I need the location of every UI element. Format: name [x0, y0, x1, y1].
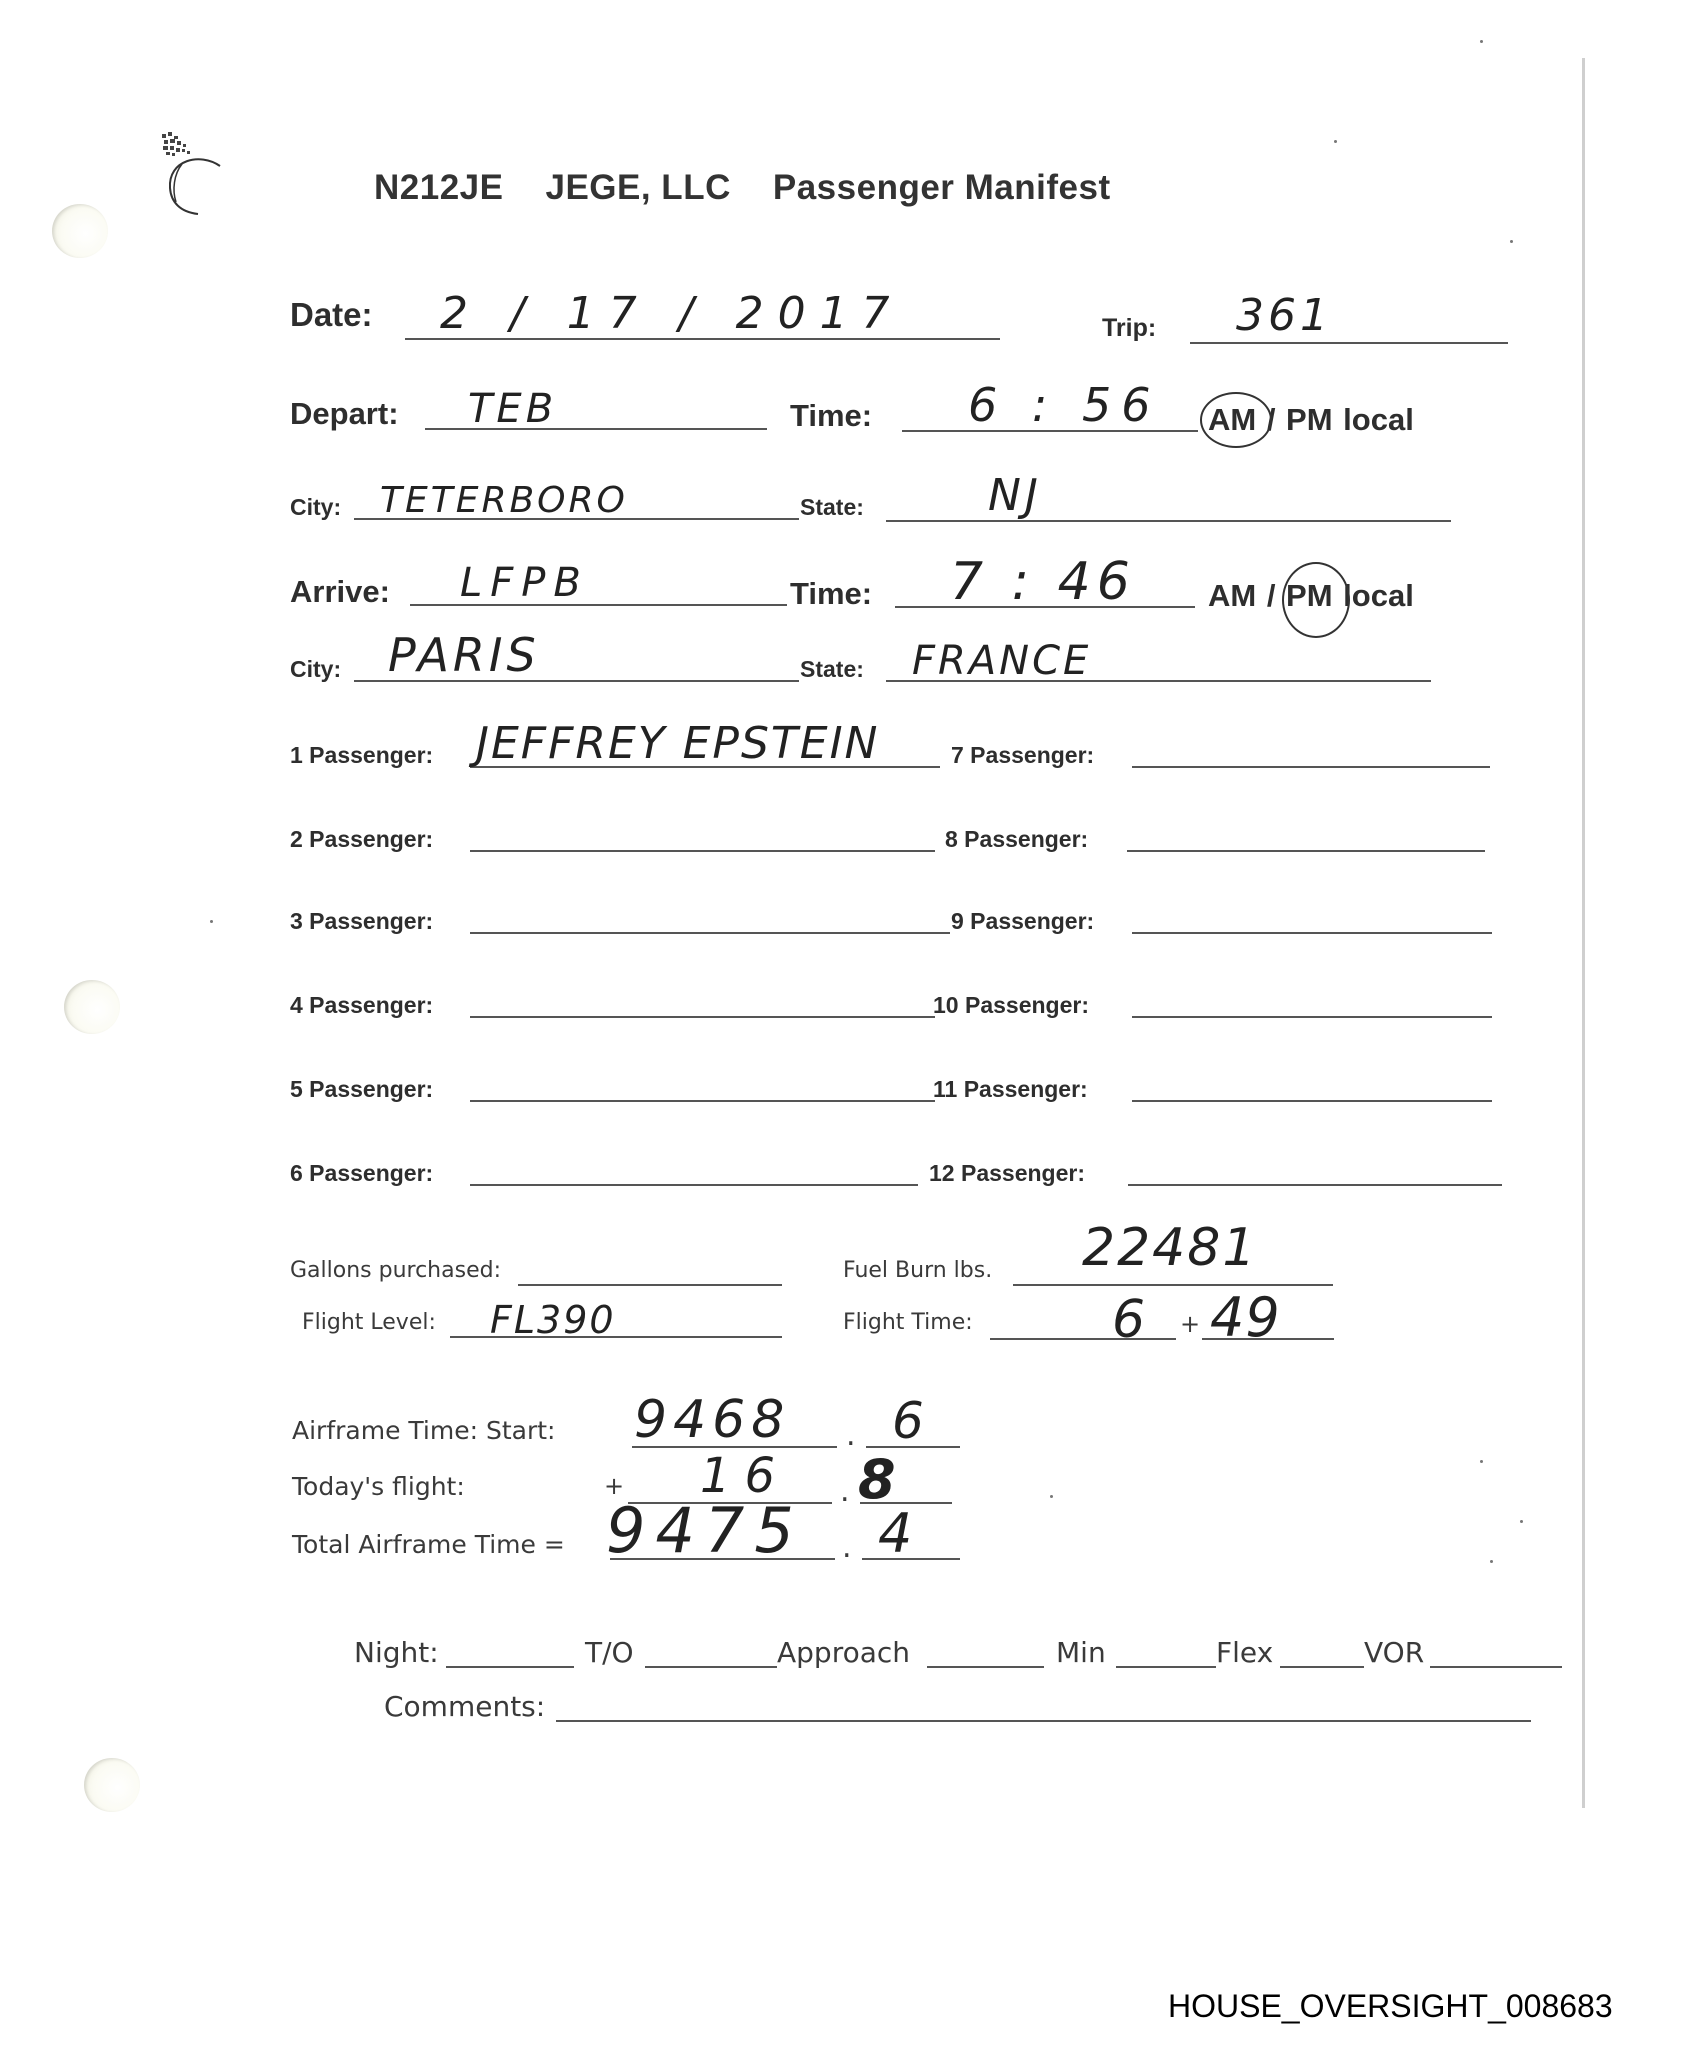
scan-speck	[1480, 40, 1483, 43]
passenger-1-field[interactable]: JEFFREY EPSTEIN	[476, 718, 879, 769]
passenger-7-field-line[interactable]	[1132, 766, 1490, 768]
passenger-1-label: 1 Passenger:	[290, 742, 433, 769]
company-logo-icon	[160, 130, 230, 225]
manifest-title: Passenger Manifest	[773, 168, 1111, 207]
scan-speck	[1050, 1495, 1053, 1498]
passenger-11-field-line[interactable]	[1132, 1100, 1492, 1102]
trip-label: Trip:	[1102, 314, 1156, 343]
date-field[interactable]: 2 / 17 / 2017	[440, 288, 904, 339]
night-field-line[interactable]	[446, 1666, 574, 1668]
punch-hole-bottom	[84, 1758, 140, 1812]
gallons-purchased-label: Gallons purchased:	[290, 1258, 501, 1283]
punch-hole-middle	[64, 980, 120, 1034]
trip-field[interactable]: 361	[1236, 290, 1332, 341]
flight-time-minutes-field[interactable]: 49	[1210, 1286, 1281, 1349]
total-airframe-tenths-field[interactable]: 4	[878, 1502, 916, 1565]
flight-time-label: Flight Time:	[843, 1310, 973, 1335]
page-title: N212JEJEGE, LLCPassenger Manifest	[374, 168, 1111, 208]
flex-label: Flex	[1216, 1636, 1273, 1669]
flight-time-plus: +	[1180, 1310, 1200, 1338]
depart-city-label: City:	[290, 494, 341, 521]
passenger-6-field-line[interactable]	[470, 1184, 918, 1186]
depart-state-field-line	[886, 520, 1451, 522]
passenger-10-label: 10 Passenger:	[933, 992, 1089, 1019]
arrive-time-field[interactable]: 7 : 46	[950, 552, 1136, 612]
flex-field-line[interactable]	[1280, 1666, 1364, 1668]
vor-label: VOR	[1364, 1636, 1424, 1669]
vor-field-line[interactable]	[1430, 1666, 1562, 1668]
scan-speck	[1334, 140, 1337, 143]
flight-level-label: Flight Level:	[302, 1310, 436, 1335]
pm-circled-mark[interactable]	[1282, 562, 1350, 638]
airframe-start-tenths-field[interactable]: 6	[892, 1392, 928, 1450]
arrive-time-label: Time:	[790, 576, 872, 612]
passenger-4-field-line[interactable]	[470, 1016, 935, 1018]
bates-number: HOUSE_OVERSIGHT_008683	[1168, 1988, 1613, 2025]
passenger-8-field-line[interactable]	[1127, 850, 1485, 852]
arrive-city-label: City:	[290, 656, 341, 683]
depart-city-field[interactable]: TETERBORO	[380, 480, 628, 521]
am-circled-mark[interactable]	[1200, 392, 1272, 448]
date-label: Date:	[290, 296, 373, 334]
approach-label: Approach	[777, 1636, 910, 1669]
min-field-line[interactable]	[1116, 1666, 1216, 1668]
gallons-purchased-field-line[interactable]	[518, 1284, 782, 1286]
passenger-7-label: 7 Passenger:	[951, 742, 1094, 769]
todays-flight-label: Today's flight:	[292, 1472, 465, 1501]
depart-field[interactable]: TEB	[468, 386, 557, 432]
airframe-start-dot: .	[846, 1418, 856, 1453]
passenger-12-label: 12 Passenger:	[929, 1160, 1085, 1187]
comments-label: Comments:	[384, 1690, 545, 1723]
passenger-10-field-line[interactable]	[1132, 1016, 1492, 1018]
passenger-9-label: 9 Passenger:	[951, 908, 1094, 935]
company-name: JEGE, LLC	[545, 168, 730, 207]
depart-time-field[interactable]: 6 : 56	[968, 378, 1161, 432]
depart-state-field[interactable]: NJ	[988, 470, 1042, 521]
passenger-11-label: 11 Passenger:	[933, 1076, 1088, 1103]
approach-field-line[interactable]	[927, 1666, 1044, 1668]
arrive-state-field[interactable]: FRANCE	[912, 638, 1091, 684]
fuel-burn-field[interactable]: 22481	[1082, 1218, 1257, 1278]
scan-speck	[1520, 1520, 1523, 1523]
total-airframe-label: Total Airframe Time =	[292, 1530, 565, 1559]
takeoff-label: T/O	[585, 1636, 634, 1669]
flight-time-hours-field[interactable]: 6	[1112, 1290, 1149, 1350]
passenger-9-field-line[interactable]	[1132, 932, 1492, 934]
night-label: Night:	[354, 1636, 439, 1669]
passenger-12-field-line[interactable]	[1128, 1184, 1502, 1186]
tail-number: N212JE	[374, 168, 503, 207]
scan-speck	[1510, 240, 1513, 243]
passenger-8-label: 8 Passenger:	[945, 826, 1088, 853]
takeoff-field-line[interactable]	[645, 1666, 777, 1668]
passenger-4-label: 4 Passenger:	[290, 992, 433, 1019]
passenger-5-label: 5 Passenger:	[290, 1076, 433, 1103]
arrive-city-field[interactable]: PARIS	[388, 628, 540, 682]
passenger-3-field-line[interactable]	[470, 932, 950, 934]
comments-field-line[interactable]	[556, 1720, 1531, 1722]
airframe-start-label: Airframe Time: Start:	[292, 1416, 555, 1445]
fuel-burn-field-line	[1013, 1284, 1333, 1286]
scan-speck	[1490, 1560, 1493, 1563]
todays-flight-dot: .	[840, 1474, 850, 1509]
arrive-label: Arrive:	[290, 574, 390, 610]
scan-speck	[210, 920, 213, 923]
depart-state-label: State:	[800, 494, 864, 521]
passenger-2-field-line[interactable]	[470, 850, 935, 852]
page-edge-line	[1582, 58, 1585, 1808]
depart-label: Depart:	[290, 396, 399, 432]
passenger-3-label: 3 Passenger:	[290, 908, 433, 935]
passenger-2-label: 2 Passenger:	[290, 826, 433, 853]
total-airframe-whole-field[interactable]: 9475	[606, 1494, 804, 1567]
depart-time-label: Time:	[790, 398, 872, 434]
airframe-start-whole-field[interactable]: 9468	[634, 1390, 790, 1450]
min-label: Min	[1056, 1636, 1106, 1669]
trip-field-line	[1190, 342, 1508, 344]
fuel-burn-label: Fuel Burn lbs.	[843, 1258, 992, 1283]
passenger-6-label: 6 Passenger:	[290, 1160, 433, 1187]
flight-level-field[interactable]: FL390	[490, 1298, 616, 1342]
passenger-5-field-line[interactable]	[470, 1100, 935, 1102]
arrive-field[interactable]: LFPB	[460, 560, 589, 606]
punch-hole-top	[52, 204, 108, 258]
scan-speck	[1480, 1460, 1483, 1463]
arrive-state-label: State:	[800, 656, 864, 683]
total-airframe-dot: .	[842, 1530, 852, 1565]
